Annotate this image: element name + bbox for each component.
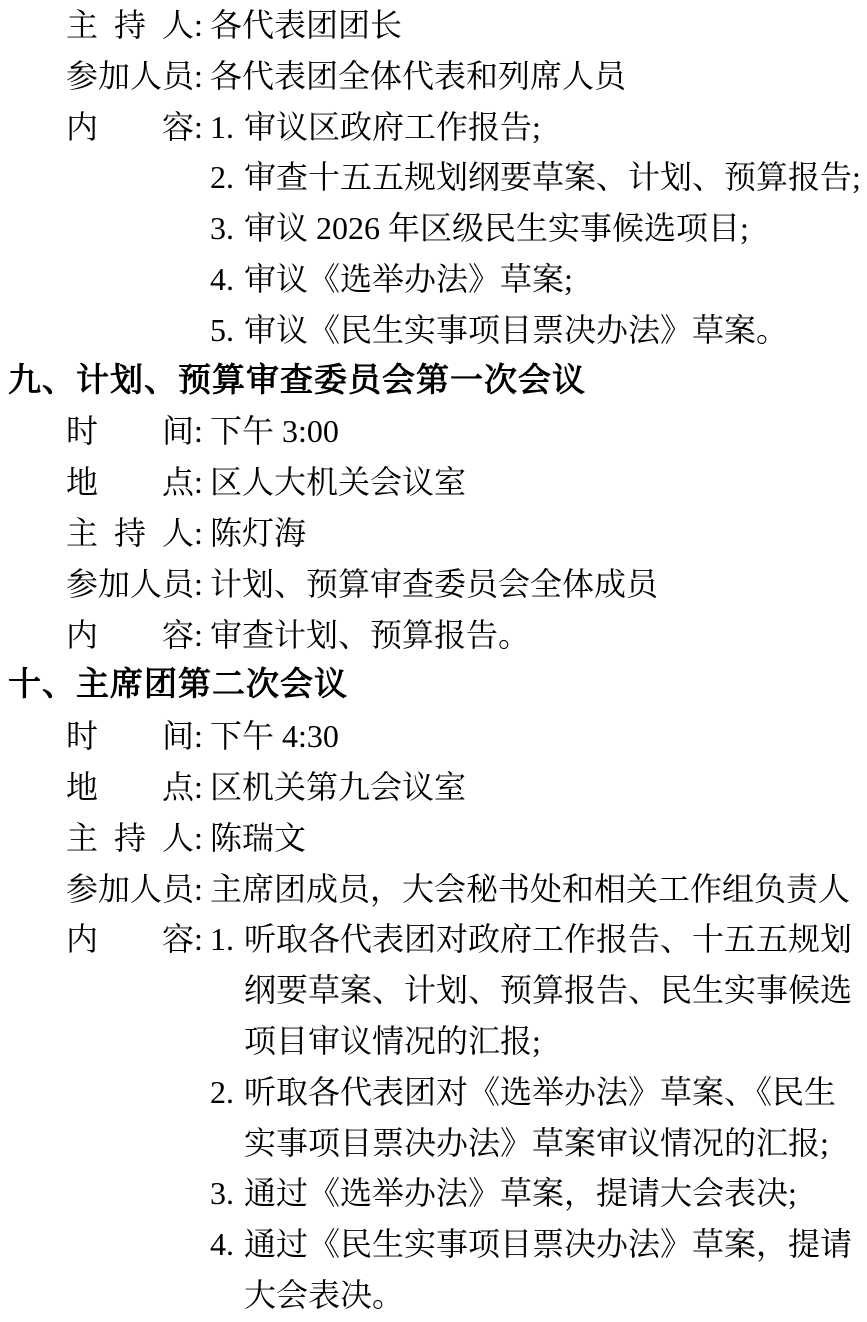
- item-lines: 听取各代表团对《选举办法》草案、《民生 实事项目票决办法》草案审议情况的汇报;: [244, 1067, 867, 1169]
- field-value: 下午 3:00: [210, 406, 339, 457]
- field-colon: :: [194, 711, 210, 762]
- field-colon: :: [194, 610, 210, 661]
- item-line: 审查十五五规划纲要草案、计划、预算报告;: [244, 152, 867, 203]
- field-row: 主持人 : 陈灯海: [0, 508, 867, 559]
- field-colon: :: [194, 102, 210, 153]
- field-value: 陈灯海: [210, 508, 306, 559]
- item-lines: 审议区政府工作报告;: [244, 102, 867, 153]
- content-item: 1. 听取各代表团对政府工作报告、十五五规划 纲要草案、计划、预算报告、民生实事…: [210, 914, 867, 1066]
- item-lines: 审议《选举办法》草案;: [244, 254, 867, 305]
- field-label: 地点: [66, 762, 194, 813]
- field-colon: :: [194, 457, 210, 508]
- meeting-section: 主持人 : 各代表团团长 参加人员 : 各代表团全体代表和列席人员 内容 : 1…: [0, 0, 867, 356]
- item-number: 2.: [210, 1067, 244, 1118]
- item-number: 4.: [210, 1219, 244, 1270]
- meeting-section: 九、计划、预算审查委员会第一次会议 时间 : 下午 3:00 地点 : 区人大机…: [0, 356, 867, 661]
- item-line: 项目审议情况的汇报;: [244, 1016, 867, 1067]
- field-row: 主持人 : 陈瑞文: [0, 813, 867, 864]
- field-label: 时间: [66, 406, 194, 457]
- field-colon: :: [194, 508, 210, 559]
- item-lines: 审议 2026 年区级民生实事候选项目;: [244, 203, 867, 254]
- field-row: 内容 : 审查计划、预算报告。: [0, 610, 867, 661]
- item-line: 通过《民生实事项目票决办法》草案，提请: [244, 1219, 867, 1270]
- content-item-list: 1. 听取各代表团对政府工作报告、十五五规划 纲要草案、计划、预算报告、民生实事…: [210, 914, 867, 1320]
- item-number: 4.: [210, 254, 244, 305]
- field-value: 各代表团全体代表和列席人员: [210, 51, 626, 102]
- field-row: 时间 : 下午 4:30: [0, 711, 867, 762]
- item-line: 听取各代表团对政府工作报告、十五五规划: [244, 914, 867, 965]
- item-lines: 审议《民生实事项目票决办法》草案。: [244, 305, 867, 356]
- item-line: 审议 2026 年区级民生实事候选项目;: [244, 203, 867, 254]
- field-value: 计划、预算审查委员会全体成员: [210, 559, 658, 610]
- field-colon: :: [194, 813, 210, 864]
- item-number: 5.: [210, 305, 244, 356]
- field-value: 陈瑞文: [210, 813, 306, 864]
- field-value: 下午 4:30: [210, 711, 339, 762]
- field-label: 内容: [66, 610, 194, 661]
- field-label: 主持人: [66, 508, 194, 559]
- field-label: 时间: [66, 711, 194, 762]
- field-row: 内容 : 1. 听取各代表团对政府工作报告、十五五规划 纲要草案、计划、预算报告…: [0, 914, 867, 1320]
- item-number: 2.: [210, 152, 244, 203]
- item-lines: 审查十五五规划纲要草案、计划、预算报告;: [244, 152, 867, 203]
- field-colon: :: [194, 864, 210, 915]
- field-row: 地点 : 区机关第九会议室: [0, 762, 867, 813]
- field-row: 地点 : 区人大机关会议室: [0, 457, 867, 508]
- meeting-section: 十、主席团第二次会议 时间 : 下午 4:30 地点 : 区机关第九会议室 主持…: [0, 660, 867, 1320]
- field-colon: :: [194, 51, 210, 102]
- field-value: 各代表团团长: [210, 0, 402, 51]
- item-lines: 通过《民生实事项目票决办法》草案，提请 大会表决。: [244, 1219, 867, 1321]
- item-number: 1.: [210, 102, 244, 153]
- field-value: 区机关第九会议室: [210, 762, 466, 813]
- field-colon: :: [194, 406, 210, 457]
- item-number: 3.: [210, 203, 244, 254]
- document-page: 主持人 : 各代表团团长 参加人员 : 各代表团全体代表和列席人员 内容 : 1…: [0, 0, 867, 1322]
- field-colon: :: [194, 762, 210, 813]
- field-label: 参加人员: [66, 51, 194, 102]
- item-line: 通过《选举办法》草案，提请大会表决;: [244, 1168, 867, 1219]
- content-item: 3. 通过《选举办法》草案，提请大会表决;: [210, 1168, 867, 1219]
- field-label: 参加人员: [66, 559, 194, 610]
- field-value: 主席团成员，大会秘书处和相关工作组负责人: [210, 864, 850, 915]
- content-item: 2. 审查十五五规划纲要草案、计划、预算报告;: [210, 152, 867, 203]
- content-item: 3. 审议 2026 年区级民生实事候选项目;: [210, 203, 867, 254]
- field-colon: :: [194, 559, 210, 610]
- field-colon: :: [194, 914, 210, 965]
- field-row: 参加人员 : 主席团成员，大会秘书处和相关工作组负责人: [0, 864, 867, 915]
- item-line: 大会表决。: [244, 1270, 867, 1321]
- content-item: 1. 审议区政府工作报告;: [210, 102, 867, 153]
- content-item: 4. 审议《选举办法》草案;: [210, 254, 867, 305]
- item-line: 审议《选举办法》草案;: [244, 254, 867, 305]
- field-row: 主持人 : 各代表团团长: [0, 0, 867, 51]
- item-number: 3.: [210, 1168, 244, 1219]
- item-lines: 通过《选举办法》草案，提请大会表决;: [244, 1168, 867, 1219]
- content-item-list: 1. 审议区政府工作报告; 2. 审查十五五规划纲要草案、计划、预算报告; 3.…: [210, 102, 867, 356]
- field-label: 主持人: [66, 813, 194, 864]
- item-line: 纲要草案、计划、预算报告、民生实事候选: [244, 965, 867, 1016]
- field-row: 参加人员 : 各代表团全体代表和列席人员: [0, 51, 867, 102]
- content-item: 2. 听取各代表团对《选举办法》草案、《民生 实事项目票决办法》草案审议情况的汇…: [210, 1067, 867, 1169]
- field-row: 内容 : 1. 审议区政府工作报告; 2. 审查十五五规划纲要草案、计划、预算报…: [0, 102, 867, 356]
- item-line: 审议区政府工作报告;: [244, 102, 867, 153]
- field-row: 参加人员 : 计划、预算审查委员会全体成员: [0, 559, 867, 610]
- item-number: 1.: [210, 914, 244, 965]
- section-heading: 十、主席团第二次会议: [0, 660, 867, 711]
- field-label: 参加人员: [66, 864, 194, 915]
- field-label: 主持人: [66, 0, 194, 51]
- item-line: 审议《民生实事项目票决办法》草案。: [244, 305, 867, 356]
- content-item: 4. 通过《民生实事项目票决办法》草案，提请 大会表决。: [210, 1219, 867, 1321]
- field-label: 内容: [66, 102, 194, 153]
- section-heading: 九、计划、预算审查委员会第一次会议: [0, 356, 867, 407]
- item-line: 实事项目票决办法》草案审议情况的汇报;: [244, 1118, 867, 1169]
- field-label: 地点: [66, 457, 194, 508]
- item-lines: 听取各代表团对政府工作报告、十五五规划 纲要草案、计划、预算报告、民生实事候选 …: [244, 914, 867, 1066]
- item-line: 听取各代表团对《选举办法》草案、《民生: [244, 1067, 867, 1118]
- content-item: 5. 审议《民生实事项目票决办法》草案。: [210, 305, 867, 356]
- field-value: 区人大机关会议室: [210, 457, 466, 508]
- field-colon: :: [194, 0, 210, 51]
- field-label: 内容: [66, 914, 194, 965]
- field-value: 审查计划、预算报告。: [210, 610, 530, 661]
- field-row: 时间 : 下午 3:00: [0, 406, 867, 457]
